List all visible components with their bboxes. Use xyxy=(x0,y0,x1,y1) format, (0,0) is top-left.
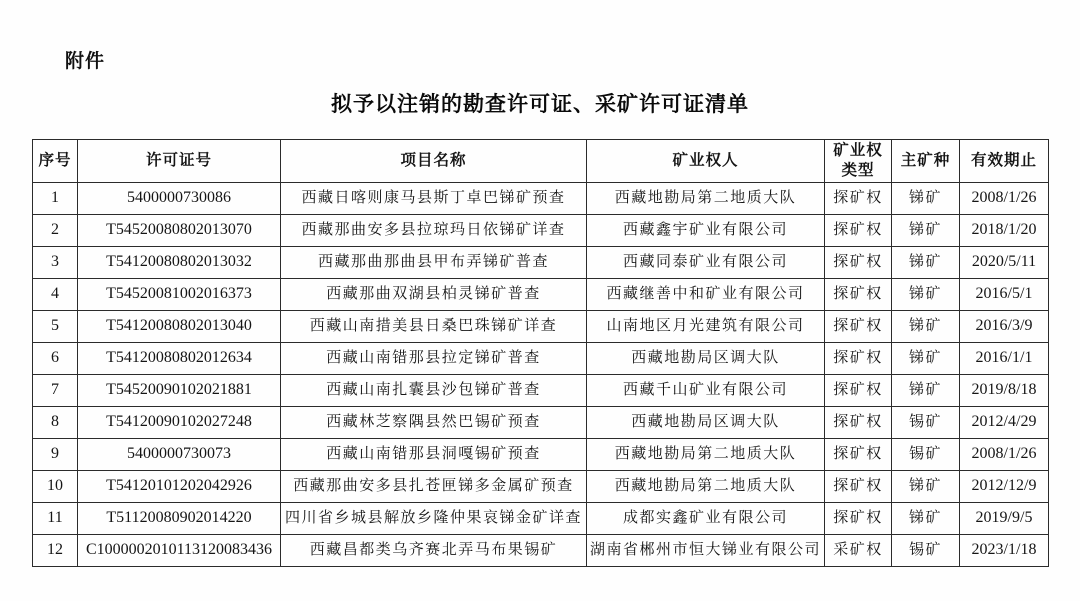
cell-project-name: 西藏山南错那县洞嘎锡矿预查 xyxy=(281,439,587,471)
table-row: 11T51120080902014220四川省乡城县解放乡隆仲果哀锑金矿详查成都… xyxy=(33,503,1049,535)
table-row: 3T54120080802013032西藏那曲那曲县甲布弄锑矿普查西藏同泰矿业有… xyxy=(33,247,1049,279)
col-header-seq: 序号 xyxy=(33,140,78,183)
cell-mineral: 锑矿 xyxy=(892,183,960,215)
cell-mineral: 锑矿 xyxy=(892,471,960,503)
cell-license-no: T54120080802012634 xyxy=(78,343,281,375)
cell-holder: 湖南省郴州市恒大锑业有限公司 xyxy=(587,535,825,567)
cell-expiry: 2012/4/29 xyxy=(960,407,1049,439)
cell-mineral: 锑矿 xyxy=(892,503,960,535)
cell-seq: 5 xyxy=(33,311,78,343)
cell-license-no: T54520090102021881 xyxy=(78,375,281,407)
license-table-body: 15400000730086西藏日喀则康马县斯丁卓巴锑矿预查西藏地勘局第二地质大… xyxy=(33,183,1049,567)
col-header-license-no: 许可证号 xyxy=(78,140,281,183)
cell-expiry: 2016/3/9 xyxy=(960,311,1049,343)
cell-mineral: 锑矿 xyxy=(892,343,960,375)
cell-right-type: 探矿权 xyxy=(825,439,892,471)
table-row: 2T54520080802013070西藏那曲安多县拉琼玛日依锑矿详查西藏鑫宇矿… xyxy=(33,215,1049,247)
table-row: 8T54120090102027248西藏林芝察隅县然巴锡矿预查西藏地勘局区调大… xyxy=(33,407,1049,439)
cell-holder: 西藏鑫宇矿业有限公司 xyxy=(587,215,825,247)
cell-project-name: 西藏山南扎囊县沙包锑矿普查 xyxy=(281,375,587,407)
cell-project-name: 西藏昌都类乌齐赛北弄马布果锡矿 xyxy=(281,535,587,567)
cell-project-name: 四川省乡城县解放乡隆仲果哀锑金矿详查 xyxy=(281,503,587,535)
cell-mineral: 锑矿 xyxy=(892,279,960,311)
cell-project-name: 西藏山南措美县日桑巴珠锑矿详查 xyxy=(281,311,587,343)
cell-expiry: 2016/5/1 xyxy=(960,279,1049,311)
col-header-project: 项目名称 xyxy=(281,140,587,183)
cell-holder: 成都实鑫矿业有限公司 xyxy=(587,503,825,535)
cell-right-type: 探矿权 xyxy=(825,375,892,407)
table-row: 6T54120080802012634西藏山南错那县拉定锑矿普查西藏地勘局区调大… xyxy=(33,343,1049,375)
cell-project-name: 西藏那曲安多县拉琼玛日依锑矿详查 xyxy=(281,215,587,247)
cell-license-no: 5400000730086 xyxy=(78,183,281,215)
cell-holder: 西藏千山矿业有限公司 xyxy=(587,375,825,407)
header-row: 序号 许可证号 项目名称 矿业权人 矿业权类型 主矿种 有效期止 xyxy=(33,140,1049,183)
attachment-label: 附件 xyxy=(65,46,105,73)
cell-project-name: 西藏林芝察隅县然巴锡矿预查 xyxy=(281,407,587,439)
cell-project-name: 西藏那曲安多县扎苍匣锑多金属矿预查 xyxy=(281,471,587,503)
cell-license-no: T51120080902014220 xyxy=(78,503,281,535)
cell-expiry: 2019/9/5 xyxy=(960,503,1049,535)
cell-mineral: 锡矿 xyxy=(892,535,960,567)
cell-license-no: 5400000730073 xyxy=(78,439,281,471)
cell-expiry: 2018/1/20 xyxy=(960,215,1049,247)
cell-expiry: 2019/8/18 xyxy=(960,375,1049,407)
document-page: 附件 拟予以注销的勘查许可证、采矿许可证清单 序号 许可证号 项目名称 矿业权人… xyxy=(0,0,1080,601)
license-table-header: 序号 许可证号 项目名称 矿业权人 矿业权类型 主矿种 有效期止 xyxy=(33,140,1049,183)
page-title: 拟予以注销的勘查许可证、采矿许可证清单 xyxy=(0,88,1080,118)
cell-right-type: 探矿权 xyxy=(825,311,892,343)
cell-expiry: 2020/5/11 xyxy=(960,247,1049,279)
cell-mineral: 锡矿 xyxy=(892,407,960,439)
cell-mineral: 锑矿 xyxy=(892,247,960,279)
cell-seq: 4 xyxy=(33,279,78,311)
cell-license-no: T54520080802013070 xyxy=(78,215,281,247)
cell-seq: 7 xyxy=(33,375,78,407)
cell-expiry: 2023/1/18 xyxy=(960,535,1049,567)
cell-mineral: 锑矿 xyxy=(892,311,960,343)
cell-holder: 西藏地勘局第二地质大队 xyxy=(587,471,825,503)
cell-project-name: 西藏日喀则康马县斯丁卓巴锑矿预查 xyxy=(281,183,587,215)
cell-project-name: 西藏那曲双湖县柏灵锑矿普查 xyxy=(281,279,587,311)
col-header-right-type: 矿业权类型 xyxy=(825,140,892,183)
table-row: 95400000730073西藏山南错那县洞嘎锡矿预查西藏地勘局第二地质大队探矿… xyxy=(33,439,1049,471)
cell-license-no: T54120101202042926 xyxy=(78,471,281,503)
cell-holder: 西藏同泰矿业有限公司 xyxy=(587,247,825,279)
cell-expiry: 2008/1/26 xyxy=(960,439,1049,471)
table-row: 7T54520090102021881西藏山南扎囊县沙包锑矿普查西藏千山矿业有限… xyxy=(33,375,1049,407)
cell-holder: 西藏地勘局区调大队 xyxy=(587,343,825,375)
table-row: 15400000730086西藏日喀则康马县斯丁卓巴锑矿预查西藏地勘局第二地质大… xyxy=(33,183,1049,215)
cell-license-no: T54120080802013040 xyxy=(78,311,281,343)
cell-license-no: T54120090102027248 xyxy=(78,407,281,439)
cell-right-type: 探矿权 xyxy=(825,343,892,375)
cell-mineral: 锡矿 xyxy=(892,439,960,471)
cell-seq: 8 xyxy=(33,407,78,439)
table-row: 5T54120080802013040西藏山南措美县日桑巴珠锑矿详查山南地区月光… xyxy=(33,311,1049,343)
cell-license-no: C1000002010113120083436 xyxy=(78,535,281,567)
cell-license-no: T54520081002016373 xyxy=(78,279,281,311)
cell-right-type: 探矿权 xyxy=(825,407,892,439)
cell-holder: 山南地区月光建筑有限公司 xyxy=(587,311,825,343)
cell-project-name: 西藏山南错那县拉定锑矿普查 xyxy=(281,343,587,375)
table-row: 4T54520081002016373西藏那曲双湖县柏灵锑矿普查西藏继善中和矿业… xyxy=(33,279,1049,311)
cell-holder: 西藏继善中和矿业有限公司 xyxy=(587,279,825,311)
cell-seq: 10 xyxy=(33,471,78,503)
cell-seq: 6 xyxy=(33,343,78,375)
col-header-expiry: 有效期止 xyxy=(960,140,1049,183)
cell-right-type: 探矿权 xyxy=(825,183,892,215)
cell-expiry: 2016/1/1 xyxy=(960,343,1049,375)
cell-seq: 11 xyxy=(33,503,78,535)
cell-seq: 3 xyxy=(33,247,78,279)
col-header-mineral: 主矿种 xyxy=(892,140,960,183)
col-header-holder: 矿业权人 xyxy=(587,140,825,183)
cell-right-type: 探矿权 xyxy=(825,247,892,279)
cell-holder: 西藏地勘局第二地质大队 xyxy=(587,183,825,215)
license-table: 序号 许可证号 项目名称 矿业权人 矿业权类型 主矿种 有效期止 1540000… xyxy=(32,139,1049,567)
cell-expiry: 2012/12/9 xyxy=(960,471,1049,503)
cell-license-no: T54120080802013032 xyxy=(78,247,281,279)
cell-right-type: 探矿权 xyxy=(825,279,892,311)
cell-right-type: 探矿权 xyxy=(825,471,892,503)
cell-seq: 2 xyxy=(33,215,78,247)
cell-mineral: 锑矿 xyxy=(892,375,960,407)
cell-seq: 12 xyxy=(33,535,78,567)
cell-seq: 1 xyxy=(33,183,78,215)
table-row: 10T54120101202042926西藏那曲安多县扎苍匣锑多金属矿预查西藏地… xyxy=(33,471,1049,503)
cell-right-type: 采矿权 xyxy=(825,535,892,567)
cell-seq: 9 xyxy=(33,439,78,471)
cell-holder: 西藏地勘局第二地质大队 xyxy=(587,439,825,471)
cell-right-type: 探矿权 xyxy=(825,503,892,535)
cell-holder: 西藏地勘局区调大队 xyxy=(587,407,825,439)
cell-expiry: 2008/1/26 xyxy=(960,183,1049,215)
table-row: 12C1000002010113120083436西藏昌都类乌齐赛北弄马布果锡矿… xyxy=(33,535,1049,567)
cell-project-name: 西藏那曲那曲县甲布弄锑矿普查 xyxy=(281,247,587,279)
cell-right-type: 探矿权 xyxy=(825,215,892,247)
cell-mineral: 锑矿 xyxy=(892,215,960,247)
